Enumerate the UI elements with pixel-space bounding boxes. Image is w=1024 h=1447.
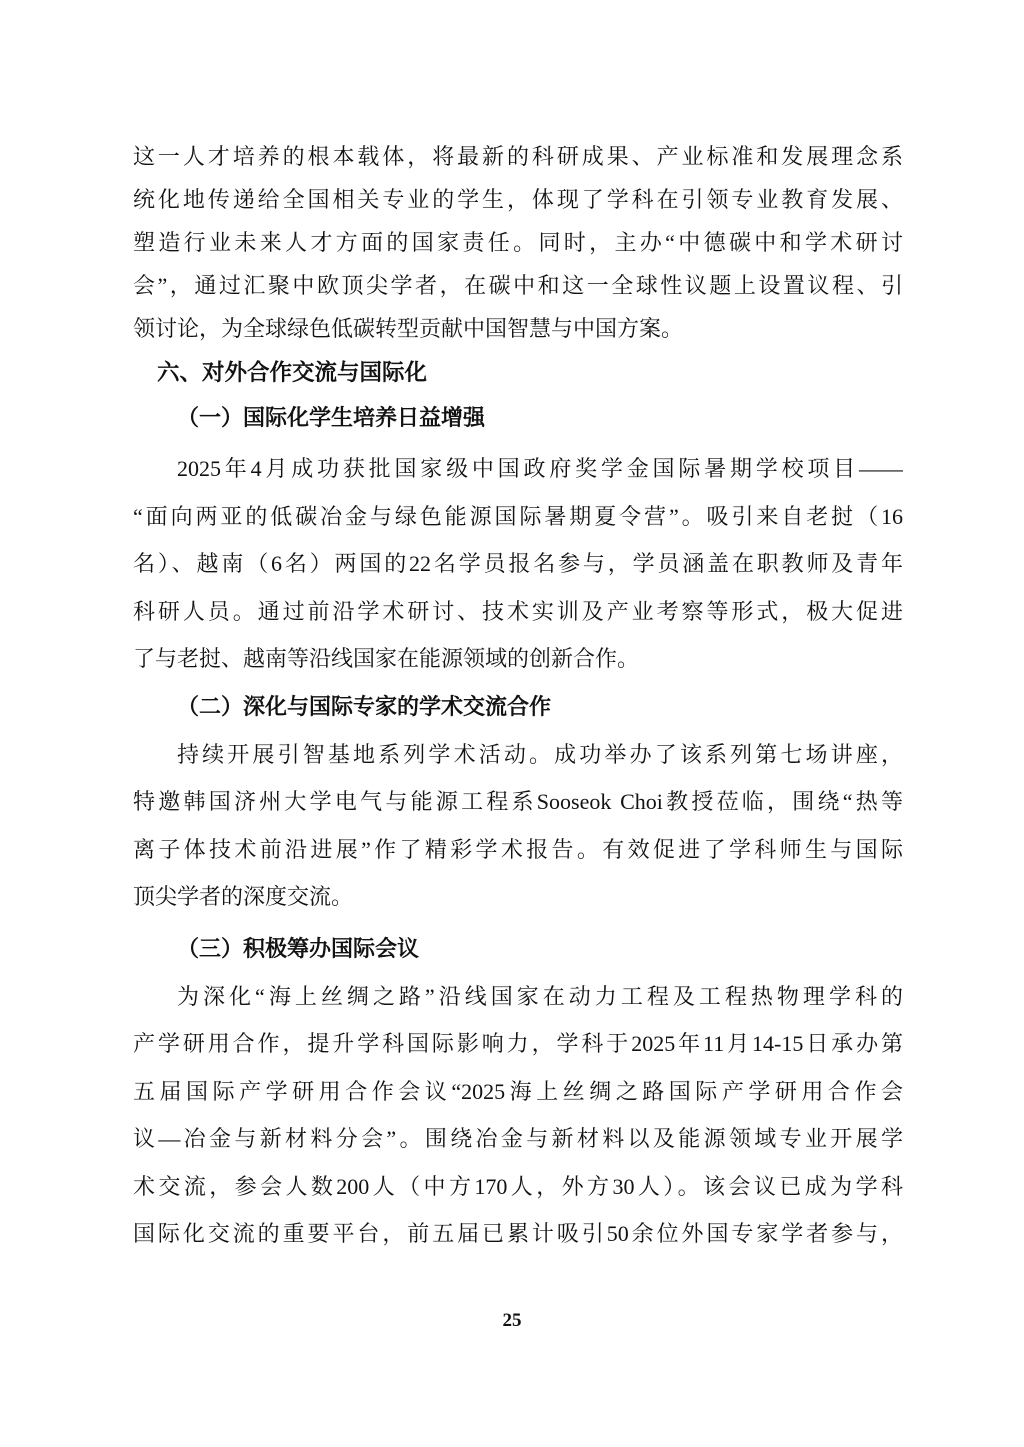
text-line: 统化地传递给全国相关专业的学生，体现了学科在引领专业教育发展、 (133, 178, 903, 221)
text-line: 塑造行业未来人才方面的国家责任。同时，主办“中德碳中和学术研讨 (133, 221, 903, 264)
paragraph: 2025年4月成功获批国家级中国政府奖学金国际暑期学校项目—— “面向两亚的低碳… (133, 445, 903, 683)
text-line: 特邀韩国济州大学电气与能源工程系Sooseok Choi教授莅临，围绕“热等 (133, 778, 903, 826)
text-line: 国际化交流的重要平台，前五届已累计吸引50余位外国专家学者参与， (133, 1210, 903, 1258)
text-line: 五届国际产学研用合作会议“2025海上丝绸之路国际产学研用合作会 (133, 1068, 903, 1116)
text-line: 领讨论，为全球绿色低碳转型贡献中国智慧与中国方案。 (133, 307, 903, 350)
paragraph: 这一人才培养的根本载体，将最新的科研成果、产业标准和发展理念系 统化地传递给全国… (133, 135, 903, 350)
text-line: 为深化“海上丝绸之路”沿线国家在动力工程及工程热物理学科的 (133, 973, 903, 1021)
text-line: 顶尖学者的深度交流。 (133, 873, 903, 921)
section-heading: 六、对外合作交流与国际化 (133, 350, 903, 396)
text-line: 持续开展引智基地系列学术活动。成功举办了该系列第七场讲座， (133, 731, 903, 779)
text-block: 这一人才培养的根本载体，将最新的科研成果、产业标准和发展理念系 统化地传递给全国… (133, 135, 903, 1258)
text-line: 名）、越南（6名）两国的22名学员报名参与，学员涵盖在职教师及青年 (133, 540, 903, 588)
document-page: 这一人才培养的根本载体，将最新的科研成果、产业标准和发展理念系 统化地传递给全国… (0, 0, 1024, 1447)
text-line: 科研人员。通过前沿学术研讨、技术实训及产业考察等形式，极大促进 (133, 588, 903, 636)
subsection-heading-3: （三）积极筹办国际会议 (133, 927, 903, 973)
subsection-heading-2: （二）深化与国际专家的学术交流合作 (133, 685, 903, 731)
text-line: 产学研用合作，提升学科国际影响力，学科于2025年11月14-15日承办第 (133, 1020, 903, 1068)
text-line: 会”，通过汇聚中欧顶尖学者，在碳中和这一全球性议题上设置议程、引 (133, 264, 903, 307)
paragraph: 持续开展引智基地系列学术活动。成功举办了该系列第七场讲座， 特邀韩国济州大学电气… (133, 731, 903, 921)
page-number: 25 (0, 1310, 1024, 1332)
text-line: 这一人才培养的根本载体，将最新的科研成果、产业标准和发展理念系 (133, 135, 903, 178)
subsection-heading-1: （一）国际化学生培养日益增强 (133, 396, 903, 442)
text-line: 了与老挝、越南等沿线国家在能源领域的创新合作。 (133, 635, 903, 683)
text-line: “面向两亚的低碳冶金与绿色能源国际暑期夏令营”。吸引来自老挝（16 (133, 493, 903, 541)
text-line: 离子体技术前沿进展”作了精彩学术报告。有效促进了学科师生与国际 (133, 826, 903, 874)
text-line: 术交流，参会人数200人（中方170人，外方30人）。该会议已成为学科 (133, 1163, 903, 1211)
paragraph: 为深化“海上丝绸之路”沿线国家在动力工程及工程热物理学科的 产学研用合作，提升学… (133, 973, 903, 1258)
text-line: 2025年4月成功获批国家级中国政府奖学金国际暑期学校项目—— (133, 445, 903, 493)
text-line: 议—冶金与新材料分会”。围绕冶金与新材料以及能源领域专业开展学 (133, 1115, 903, 1163)
